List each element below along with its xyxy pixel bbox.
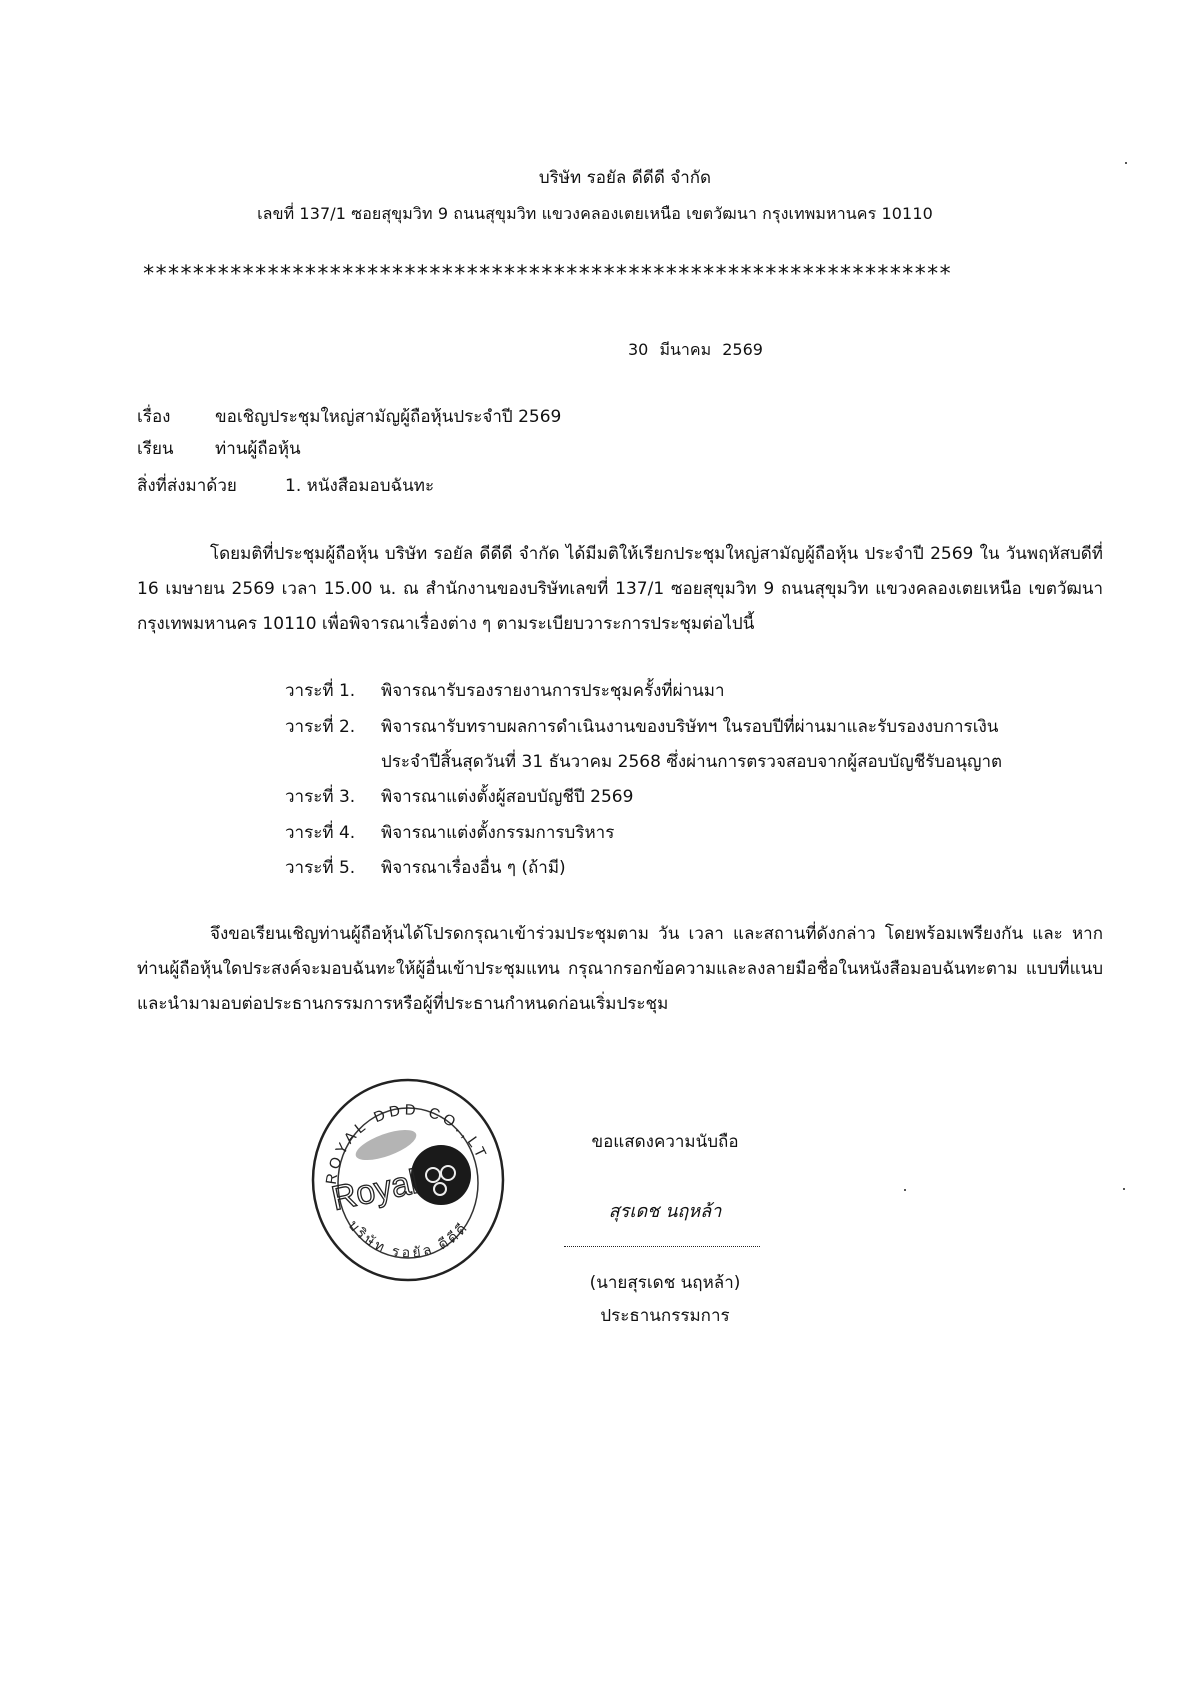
agenda-number: วาระที่ 5. [285,854,381,881]
subject-value: ขอเชิญประชุมใหญ่สามัญผู้ถือหุ้นประจำปี 2… [215,403,561,430]
agenda-text: พิจารณาแต่งตั้งกรรมการบริหาร [381,823,614,843]
agenda-item: วาระที่ 3.พิจารณาแต่งตั้งผู้สอบบัญชีปี 2… [285,783,633,810]
recipient-value: ท่านผู้ถือหุ้น [215,435,301,462]
subject-label: เรื่อง [137,403,170,430]
agenda-continuation: ประจำปีสิ้นสุดวันที่ 31 ธันวาคม 2568 ซึ่… [381,748,1002,775]
agenda-item: วาระที่ 4.พิจารณาแต่งตั้งกรรมการบริหาร [285,819,614,846]
invitation-paragraph: จึงขอเรียนเชิญท่านผู้ถือหุ้นได้โปรดกรุณา… [137,917,1103,1022]
agenda-item: วาระที่ 2.พิจารณารับทราบผลการดำเนินงานขอ… [285,713,998,740]
company-name: บริษัท รอยัล ดีดีดี จำกัด [0,164,1190,191]
agenda-number: วาระที่ 2. [285,713,381,740]
scan-speck [904,1189,906,1191]
enclosure-label: สิ่งที่ส่งมาด้วย [137,472,237,499]
scan-speck [1123,1188,1125,1190]
agenda-item: วาระที่ 1.พิจารณารับรองรายงานการประชุมคร… [285,677,725,704]
closing-salutation: ขอแสดงความนับถือ [575,1128,755,1155]
agenda-item: วาระที่ 5.พิจารณาเรื่องอื่น ๆ (ถ้ามี) [285,854,566,881]
agenda-text: พิจารณารับทราบผลการดำเนินงานของบริษัทฯ ใ… [381,717,998,737]
signer-name: (นายสุรเดช นฤหล้า) [575,1269,755,1296]
scan-speck [1125,162,1127,164]
svg-text:Royal: Royal [328,1163,421,1218]
letter-date: 30 มีนาคม 2569 [628,338,763,363]
enclosure-value: 1. หนังสือมอบฉันทะ [285,472,434,499]
company-address: เลขที่ 137/1 ซอยสุขุมวิท 9 ถนนสุขุมวิท แ… [0,202,1190,227]
agenda-number: วาระที่ 4. [285,819,381,846]
separator-line: ****************************************… [142,262,1107,287]
signature: สุรเดช นฤหล้า [575,1196,755,1225]
company-stamp-icon: ROYAL DDD CO.,LTD. บริษัท รอยัล ดีดีดี จ… [308,1075,508,1285]
agenda-number: วาระที่ 3. [285,783,381,810]
agenda-text: พิจารณาแต่งตั้งผู้สอบบัญชีปี 2569 [381,787,633,807]
recipient-label: เรียน [137,435,174,462]
signature-line [564,1246,760,1247]
agenda-text: พิจารณาเรื่องอื่น ๆ (ถ้ามี) [381,858,566,878]
agenda-text: พิจารณารับรองรายงานการประชุมครั้งที่ผ่าน… [381,681,725,701]
agenda-number: วาระที่ 1. [285,677,381,704]
signer-position: ประธานกรรมการ [575,1302,755,1329]
meeting-notice-paragraph: โดยมติที่ประชุมผู้ถือหุ้น บริษัท รอยัล ด… [137,537,1103,642]
